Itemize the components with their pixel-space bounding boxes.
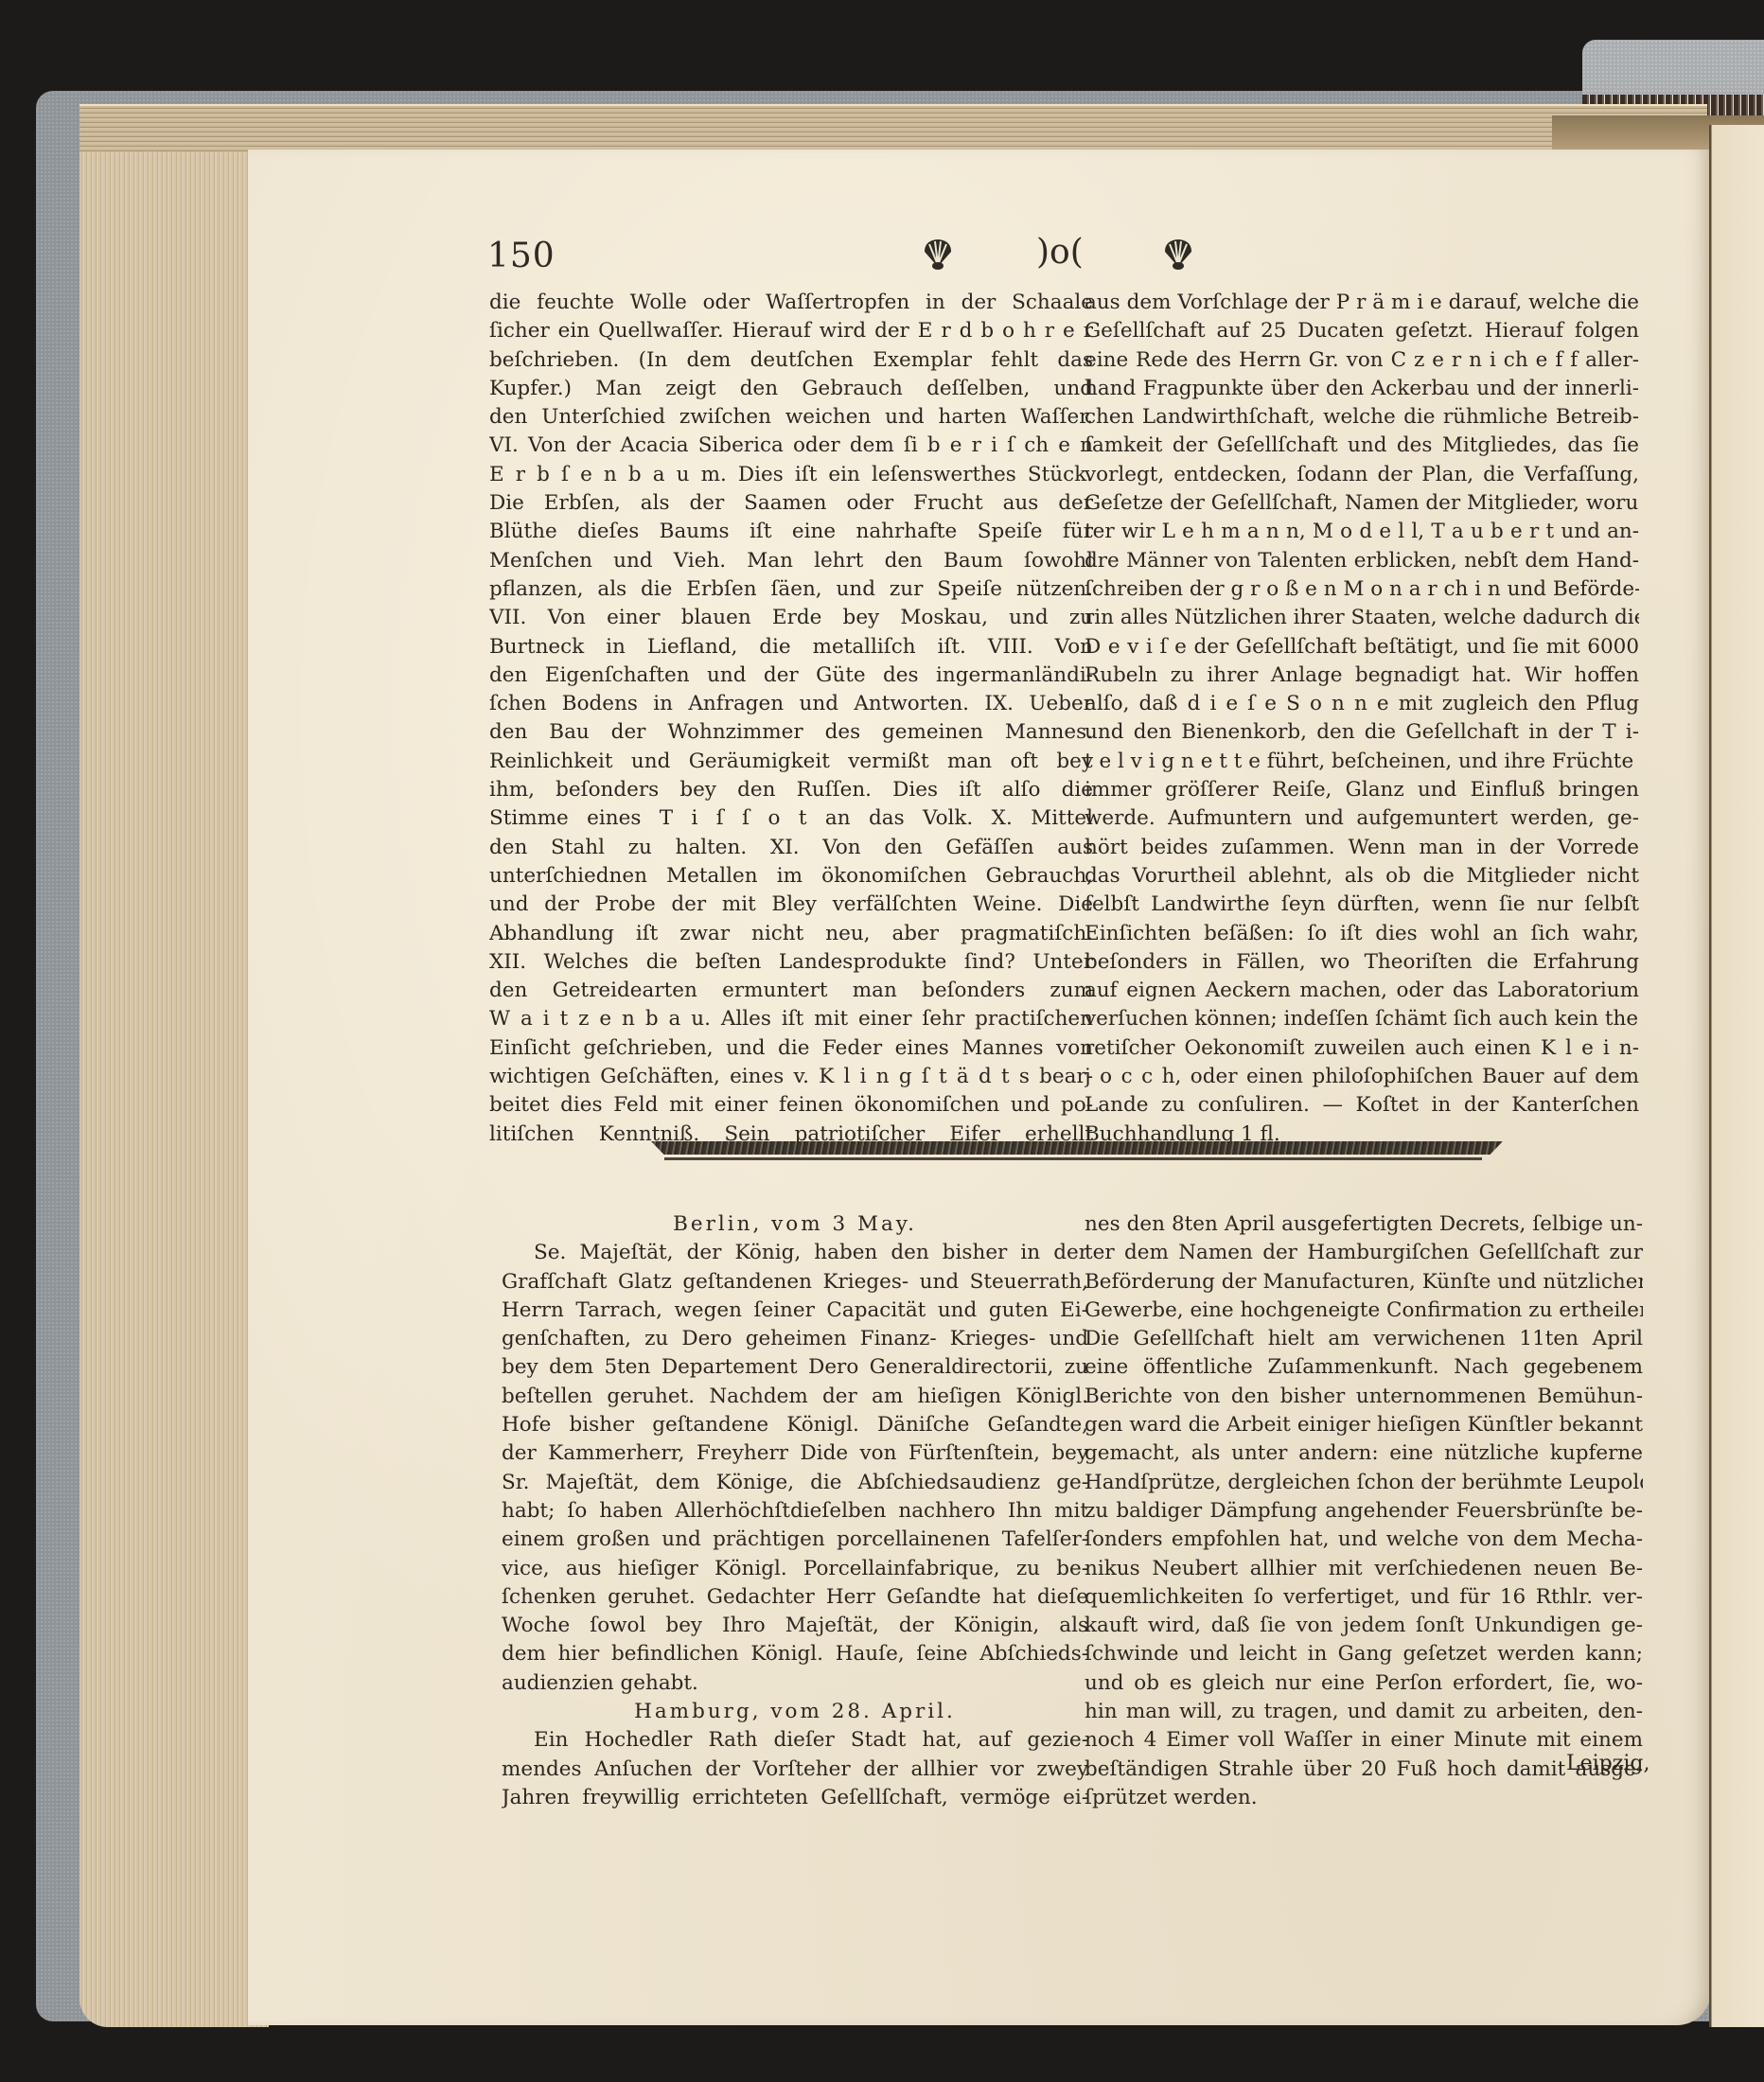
text-line: Geſetze der Geſellſchaft, Namen der Mitg…: [1085, 489, 1639, 518]
text-line: habt; ſo haben Allerhöchſtdieſelben nach…: [502, 1497, 1088, 1526]
text-line: beſonders in Fällen, wo Theoriſten die E…: [1085, 948, 1639, 977]
text-line: unterſchiednen Metallen im ökonomiſchen …: [489, 862, 1093, 891]
text-line: bey dem 5ten Departement Dero Generaldir…: [502, 1353, 1088, 1382]
text-line: ſchen Bodens in Anfragen und Antworten. …: [489, 690, 1093, 718]
text-line: hört beides zuſammen. Wenn man in der Vo…: [1085, 834, 1639, 862]
text-line: eine öffentliche Zuſammenkunft. Nach geg…: [1085, 1353, 1643, 1382]
text-line: nikus Neubert allhier mit verſchiedenen …: [1085, 1555, 1643, 1583]
dateline-hamburg: Hamburg, vom 28. April.: [502, 1698, 1088, 1726]
text-line: Geſellſchaft auf 25 Ducaten geſetzt. Hie…: [1085, 317, 1639, 345]
header-mark: )o(: [1036, 233, 1084, 272]
text-line: Blüthe dieſes Baums iſt eine nahrhafte S…: [489, 518, 1093, 546]
text-line: den Eigenſchaften und der Güte des inger…: [489, 662, 1093, 690]
text-line: dre Männer von Talenten erblicken, nebſt…: [1085, 547, 1639, 575]
text-line: ſelbſt Landwirthe ſeyn dürften, wenn ſie…: [1085, 891, 1639, 919]
text-line: Rubeln zu ihrer Anlage begnadigt hat. Wi…: [1085, 662, 1639, 690]
news-berlin-body: Se. Majeſtät, der König, haben den bishe…: [502, 1239, 1088, 1698]
text-line: vice, aus hieſiger Königl. Porcellainfab…: [502, 1555, 1088, 1583]
text-line: chen Landwirthſchaft, welche die rühmlic…: [1085, 403, 1639, 432]
page-number: 150: [487, 237, 556, 275]
gutter-facing-page: [1709, 125, 1764, 2027]
text-line: ſicher ein Quellwaſſer. Hierauf wird der…: [489, 317, 1093, 345]
text-line: werde. Aufmuntern und aufgemuntert werde…: [1085, 804, 1639, 833]
text-line: Beförderung der Manufacturen, Künſte und…: [1085, 1268, 1643, 1297]
news-column-left: Berlin, vom 3 May. Se. Majeſtät, der Kön…: [502, 1210, 1088, 1812]
text-line: die feuchte Wolle oder Waſſertropfen in …: [489, 289, 1093, 317]
text-line: Menſchen und Vieh. Man lehrt den Baum ſo…: [489, 547, 1093, 575]
text-line: ſamkeit der Geſellſchaft und des Mitglie…: [1085, 432, 1639, 460]
dateline-berlin: Berlin, vom 3 May.: [502, 1210, 1088, 1239]
text-line: ter wir L e h m a n n, M o d e l l, T a …: [1085, 518, 1639, 546]
text-line: t e l v i g n e t t e führt, beſcheinen,…: [1085, 748, 1639, 776]
text-line: Burtneck in Liefland, die metalliſch iſt…: [489, 633, 1093, 662]
text-line: Die Erbſen, als der Saamen oder Frucht a…: [489, 489, 1093, 518]
text-line: ſchreiben der g r o ß e n M o n a r ch i…: [1085, 575, 1639, 604]
text-line: hand Fragpunkte über den Ackerbau und de…: [1085, 375, 1639, 403]
separator-line: [664, 1157, 1482, 1160]
text-line: aus dem Vorſchlage der P r ä m i e darau…: [1085, 289, 1639, 317]
text-line: noch 4 Eimer voll Waſſer in einer Minute…: [1085, 1726, 1643, 1755]
text-line: retiſcher Oekonomiſt zuweilen auch einen…: [1085, 1034, 1639, 1063]
news-column-right: nes den 8ten April ausgefertigten Decret…: [1085, 1210, 1643, 1812]
text-line: mendes Anſuchen der Vorſteher der allhie…: [502, 1756, 1088, 1784]
text-line: auf eignen Aeckern machen, oder das Labo…: [1085, 977, 1639, 1005]
text-line: und der Probe der mit Bley verfälſchten …: [489, 891, 1093, 919]
text-line: ſprützet werden.: [1085, 1784, 1643, 1812]
text-line: gen ward die Arbeit einiger hieſigen Kün…: [1085, 1411, 1643, 1439]
text-line: Handſprütze, dergleichen ſchon der berüh…: [1085, 1469, 1643, 1497]
text-line: nes den 8ten April ausgefertigten Decret…: [1085, 1210, 1643, 1239]
page-edges-top: [79, 106, 1707, 151]
text-line: Abhandlung iſt zwar nicht neu, aber prag…: [489, 920, 1093, 948]
text-line: VI. Von der Acacia Siberica oder dem ſi …: [489, 432, 1093, 460]
text-line: gemacht, als unter andern: eine nützlich…: [1085, 1439, 1643, 1468]
text-line: ſchenken geruhet. Gedachter Herr Geſandt…: [502, 1583, 1088, 1612]
text-line: ihm, beſonders bey den Ruſſen. Dies iſt …: [489, 776, 1093, 804]
text-line: Einſicht geſchrieben, und die Feder eine…: [489, 1034, 1093, 1063]
text-line: j o c c h, oder einen philoſophiſchen Ba…: [1085, 1063, 1639, 1091]
section-separator-rule: [651, 1141, 1503, 1162]
text-line: pflanzen, als die Erbſen ſäen, und zur S…: [489, 575, 1093, 604]
text-line: und den Bienenkorb, den die Geſellchaft …: [1085, 718, 1639, 747]
text-line: E r b ſ e n b a u m. Dies iſt ein leſens…: [489, 461, 1093, 489]
catchword: Leipzig,: [1566, 1752, 1649, 1775]
running-header: 150 )o(: [487, 233, 1661, 280]
text-line: den Unterſchied zwiſchen weichen und har…: [489, 403, 1093, 432]
text-line: und ob es gleich nur eine Perſon erforde…: [1085, 1669, 1643, 1698]
text-line: VII. Von einer blauen Erde bey Moskau, u…: [489, 604, 1093, 632]
text-line: Woche ſowol bey Ihro Majeſtät, der König…: [502, 1612, 1088, 1640]
text-line: das Vorurtheil ablehnt, als ob die Mitgl…: [1085, 862, 1639, 891]
text-line: wichtigen Geſchäften, eines v. K l i n g…: [489, 1063, 1093, 1091]
text-line: ſchwinde und leicht in Gang geſetzet wer…: [1085, 1640, 1643, 1668]
text-line: beitet dies Feld mit einer feinen ökonom…: [489, 1091, 1093, 1120]
text-line: den Bau der Wohnzimmer des gemeinen Mann…: [489, 718, 1093, 747]
page-edges-left: [79, 106, 269, 2027]
news-hamburg-body-start: Ein Hochedler Rath dieſer Stadt hat, auf…: [502, 1726, 1088, 1812]
text-line: XII. Welches die beſten Landesprodukte ſ…: [489, 948, 1093, 977]
text-line: Die Geſellſchaft hielt am verwichenen 11…: [1085, 1325, 1643, 1353]
text-line: dem hier befindlichen Königl. Hauſe, ſei…: [502, 1640, 1088, 1668]
shell-ornament-icon: [919, 235, 957, 273]
text-line: den Stahl zu halten. XI. Von den Gefäſſe…: [489, 834, 1093, 862]
text-line: vorlegt, entdecken, ſodann der Plan, die…: [1085, 461, 1639, 489]
text-line: Reinlichkeit und Geräumigkeit vermißt ma…: [489, 748, 1093, 776]
text-line: Sr. Majeſtät, dem Könige, die Abſchiedsa…: [502, 1469, 1088, 1497]
text-line: Grafſchaft Glatz geſtandenen Krieges- un…: [502, 1268, 1088, 1297]
text-line: verſuchen können; indeſſen ſchämt ſich a…: [1085, 1005, 1639, 1033]
text-line: beſtellen geruhet. Nachdem der am hieſig…: [502, 1383, 1088, 1411]
text-line: Hofe bisher geſtandene Königl. Däniſche …: [502, 1411, 1088, 1439]
text-line: ſonders empfohlen hat, und welche von de…: [1085, 1526, 1643, 1554]
text-line: D e v i ſ e der Geſellſchaft beſtätigt, …: [1085, 633, 1639, 662]
text-line: beſtändigen Strahle über 20 Fuß hoch dam…: [1085, 1756, 1643, 1784]
text-line: rin alles Nützlichen ihrer Staaten, welc…: [1085, 604, 1639, 632]
text-line: Ein Hochedler Rath dieſer Stadt hat, auf…: [502, 1726, 1088, 1755]
text-line: W a i t z e n b a u. Alles iſt mit einer…: [489, 1005, 1093, 1033]
text-line: Berichte von den bisher unternommenen Be…: [1085, 1383, 1643, 1411]
text-line: Kupfer.) Man zeigt den Gebrauch deſſelbe…: [489, 375, 1093, 403]
text-line: kauft wird, daß ſie von jedem ſonſt Unku…: [1085, 1612, 1643, 1640]
text-line: eine Rede des Herrn Gr. von C z e r n i …: [1085, 346, 1639, 375]
text-line: Stimme eines T i ſ ſ o t an das Volk. X.…: [489, 804, 1093, 833]
text-line: audienzien gehabt.: [502, 1669, 1088, 1698]
text-line: quemlichkeiten ſo verfertiget, und für 1…: [1085, 1583, 1643, 1612]
text-line: Gewerbe, eine hochgeneigte Confirmation …: [1085, 1297, 1643, 1325]
text-line: der Kammerherr, Freyherr Dide von Fürſte…: [502, 1439, 1088, 1468]
separator-bar: [651, 1141, 1503, 1155]
text-line: alſo, daß d i e ſ e S o n n e mit zuglei…: [1085, 690, 1639, 718]
review-column-right: aus dem Vorſchlage der P r ä m i e darau…: [1085, 289, 1639, 1149]
text-line: Herrn Tarrach, wegen ſeiner Capacität un…: [502, 1297, 1088, 1325]
text-line: Se. Majeſtät, der König, haben den bishe…: [502, 1239, 1088, 1267]
text-line: Einſichten beſäßen: ſo iſt dies wohl an …: [1085, 920, 1639, 948]
review-column-left: die feuchte Wolle oder Waſſertropfen in …: [489, 289, 1093, 1149]
text-line: genſchaften, zu Dero geheimen Finanz- Kr…: [502, 1325, 1088, 1353]
text-line: immer gröſſerer Reiſe, Glanz und Einfluß…: [1085, 776, 1639, 804]
text-line: ter dem Namen der Hamburgiſchen Geſellſc…: [1085, 1239, 1643, 1267]
shell-ornament-icon: [1159, 235, 1197, 273]
text-line: Lande zu conſuliren. — Koſtet in der Kan…: [1085, 1091, 1639, 1120]
text-line: den Getreidearten ermuntert man beſonder…: [489, 977, 1093, 1005]
text-line: Jahren freywillig errichteten Geſellſcha…: [502, 1784, 1088, 1812]
text-line: zu baldiger Dämpfung angehender Feuersbr…: [1085, 1497, 1643, 1526]
text-line: beſchrieben. (In dem deutſchen Exemplar …: [489, 346, 1093, 375]
text-line: hin man will, zu tragen, und damit zu ar…: [1085, 1698, 1643, 1726]
text-line: einem großen und prächtigen porcellainen…: [502, 1526, 1088, 1554]
